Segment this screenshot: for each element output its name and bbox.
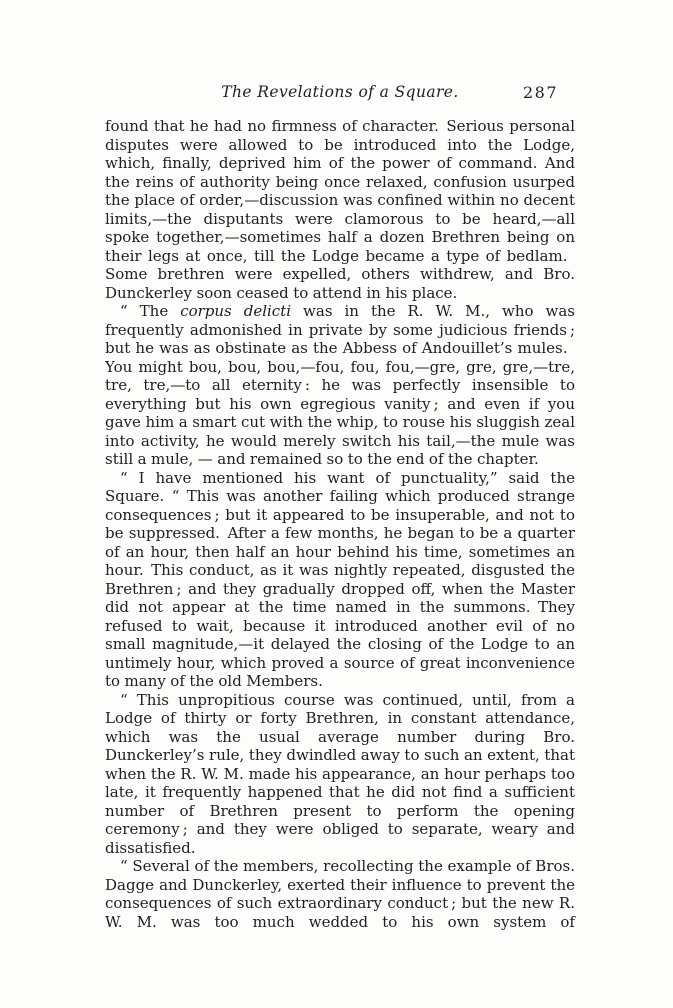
paragraph: “ This unpropitious course was continued…	[105, 691, 575, 858]
italic-phrase: corpus delicti	[180, 302, 291, 320]
paragraph: found that he had no firmness of charact…	[105, 117, 575, 302]
book-page: The Revelations of a Square. 287 found t…	[0, 0, 673, 1008]
text-run: was in the R. W. M., who was frequently …	[105, 302, 575, 468]
paragraph: “ I have mentioned his want of punctuali…	[105, 469, 575, 691]
text-run: “ I have mentioned his want of punctuali…	[105, 469, 575, 691]
text-run: “ Several of the members, recollecting t…	[105, 857, 575, 931]
text-block: The Revelations of a Square. 287 found t…	[105, 83, 575, 931]
page-header: The Revelations of a Square. 287	[105, 83, 575, 102]
text-run: “ The	[120, 302, 180, 320]
paragraph: “ The corpus delicti was in the R. W. M.…	[105, 302, 575, 469]
paragraph: “ Several of the members, recollecting t…	[105, 857, 575, 931]
running-title: The Revelations of a Square.	[221, 83, 458, 101]
page-number: 287	[523, 83, 558, 102]
page-body: found that he had no firmness of charact…	[105, 117, 575, 931]
text-run: found that he had no firmness of charact…	[105, 117, 575, 302]
text-run: “ This unpropitious course was continued…	[105, 691, 575, 857]
